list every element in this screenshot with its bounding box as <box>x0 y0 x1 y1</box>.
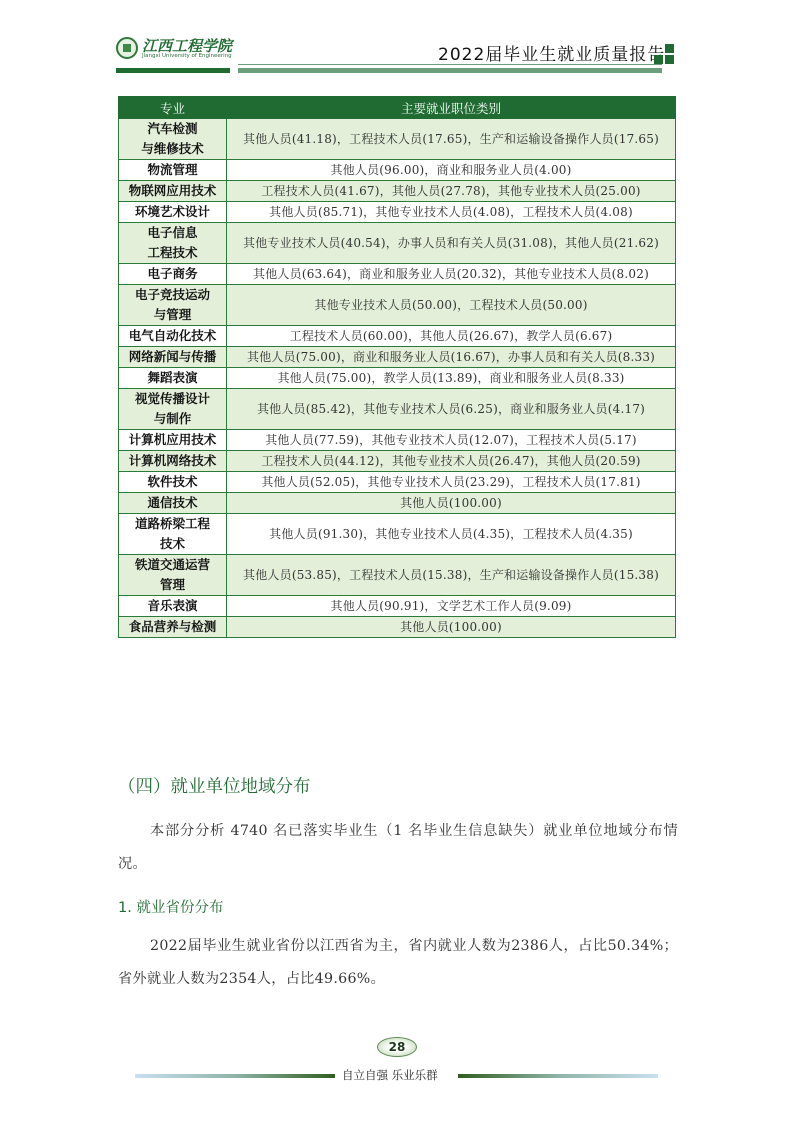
table-row: 计算机应用技术其他人员(77.59)，其他专业技术人员(12.07)，工程技术人… <box>119 430 676 451</box>
table-row: 舞蹈表演其他人员(75.00)，教学人员(13.89)，商业和服务业人员(8.3… <box>119 368 676 389</box>
positions-cell: 其他人员(41.18)，工程技术人员(17.65)，生产和运输设备操作人员(17… <box>227 119 676 160</box>
positions-cell: 其他专业技术人员(40.54)，办事人员和有关人员(31.08)，其他人员(21… <box>227 223 676 264</box>
university-emblem-icon <box>116 37 138 59</box>
positions-cell: 其他人员(85.71)，其他专业技术人员(4.08)，工程技术人员(4.08) <box>227 202 676 223</box>
header-bar-dark <box>116 68 230 73</box>
major-name-line: 电子信息 <box>121 223 224 243</box>
major-name-line: 电子商务 <box>121 264 224 284</box>
major-cell: 视觉传播设计与制作 <box>119 389 227 430</box>
major-name-line: 汽车检测 <box>121 119 224 139</box>
table-row: 电子商务其他人员(63.64)，商业和服务业人员(20.32)，其他专业技术人员… <box>119 264 676 285</box>
decor-square-icon <box>654 55 663 64</box>
header-bar-light <box>238 68 662 73</box>
major-cell: 计算机网络技术 <box>119 451 227 472</box>
major-cell: 电子商务 <box>119 264 227 285</box>
positions-cell: 其他人员(75.00)，商业和服务业人员(16.67)，办事人员和有关人员(8.… <box>227 347 676 368</box>
footer-bar-left <box>135 1074 335 1078</box>
table-row: 视觉传播设计与制作其他人员(85.42)，其他专业技术人员(6.25)，商业和服… <box>119 389 676 430</box>
major-name-line: 计算机应用技术 <box>121 430 224 450</box>
major-name-line: 电气自动化技术 <box>121 326 224 346</box>
table-row: 物联网应用技术工程技术人员(41.67)，其他人员(27.78)，其他专业技术人… <box>119 181 676 202</box>
major-cell: 计算机应用技术 <box>119 430 227 451</box>
header-divider <box>238 64 662 65</box>
major-cell: 通信技术 <box>119 493 227 514</box>
table-row: 物流管理其他人员(96.00)，商业和服务业人员(4.00) <box>119 160 676 181</box>
major-name-line: 网络新闻与传播 <box>121 347 224 367</box>
major-cell: 软件技术 <box>119 472 227 493</box>
positions-cell: 其他人员(52.05)，其他专业技术人员(23.29)，工程技术人员(17.81… <box>227 472 676 493</box>
decor-square-icon <box>665 44 674 53</box>
major-name-line: 视觉传播设计 <box>121 389 224 409</box>
major-cell: 物联网应用技术 <box>119 181 227 202</box>
positions-cell: 其他人员(90.91)，文学艺术工作人员(9.09) <box>227 596 676 617</box>
table-row: 音乐表演其他人员(90.91)，文学艺术工作人员(9.09) <box>119 596 676 617</box>
table-row: 汽车检测与维修技术其他人员(41.18)，工程技术人员(17.65)，生产和运输… <box>119 119 676 160</box>
body-paragraph: 2022届毕业生就业省份以江西省为主，省内就业人数为2386人，占比50.34%… <box>118 930 678 996</box>
footer-motto: 自立自强 乐业乐群 <box>342 1067 438 1083</box>
major-name-line: 软件技术 <box>121 472 224 492</box>
intro-paragraph: 本部分分析 4740 名已落实毕业生（1 名毕业生信息缺失）就业单位地域分布情况… <box>118 815 678 881</box>
positions-cell: 其他专业技术人员(50.00)，工程技术人员(50.00) <box>227 285 676 326</box>
major-cell: 网络新闻与传播 <box>119 347 227 368</box>
page-header: 江西工程学院 Jiangxi University of Engineering… <box>0 0 793 80</box>
table-row: 通信技术其他人员(100.00) <box>119 493 676 514</box>
major-name-line: 音乐表演 <box>121 596 224 616</box>
table-row: 电子信息工程技术其他专业技术人员(40.54)，办事人员和有关人员(31.08)… <box>119 223 676 264</box>
positions-cell: 其他人员(75.00)，教学人员(13.89)，商业和服务业人员(8.33) <box>227 368 676 389</box>
column-header-positions: 主要就业职位类别 <box>227 97 676 119</box>
major-name-line: 通信技术 <box>121 493 224 513</box>
positions-cell: 其他人员(91.30)，其他专业技术人员(4.35)，工程技术人员(4.35) <box>227 514 676 555</box>
positions-cell: 工程技术人员(60.00)，其他人员(26.67)，教学人员(6.67) <box>227 326 676 347</box>
positions-cell: 其他人员(53.85)，工程技术人员(15.38)，生产和运输设备操作人员(15… <box>227 555 676 596</box>
positions-cell: 其他人员(100.00) <box>227 493 676 514</box>
logo-english-name: Jiangxi University of Engineering <box>142 53 232 59</box>
positions-cell: 其他人员(96.00)，商业和服务业人员(4.00) <box>227 160 676 181</box>
major-name-line: 舞蹈表演 <box>121 368 224 388</box>
major-name-line: 计算机网络技术 <box>121 451 224 471</box>
major-name-line: 与制作 <box>121 409 224 429</box>
table-row: 道路桥梁工程技术其他人员(91.30)，其他专业技术人员(4.35)，工程技术人… <box>119 514 676 555</box>
major-name-line: 环境艺术设计 <box>121 202 224 222</box>
major-cell: 舞蹈表演 <box>119 368 227 389</box>
table-row: 环境艺术设计其他人员(85.71)，其他专业技术人员(4.08)，工程技术人员(… <box>119 202 676 223</box>
major-cell: 环境艺术设计 <box>119 202 227 223</box>
table-row: 计算机网络技术工程技术人员(44.12)，其他专业技术人员(26.47)，其他人… <box>119 451 676 472</box>
major-cell: 电子信息工程技术 <box>119 223 227 264</box>
major-cell: 食品营养与检测 <box>119 617 227 638</box>
positions-cell: 其他人员(85.42)，其他专业技术人员(6.25)，商业和服务业人员(4.17… <box>227 389 676 430</box>
major-name-line: 与维修技术 <box>121 139 224 159</box>
table-row: 电气自动化技术工程技术人员(60.00)，其他人员(26.67)，教学人员(6.… <box>119 326 676 347</box>
sub-heading: 1. 就业省份分布 <box>118 896 223 917</box>
major-cell: 物流管理 <box>119 160 227 181</box>
table-row: 铁道交通运营管理其他人员(53.85)，工程技术人员(15.38)，生产和运输设… <box>119 555 676 596</box>
positions-cell: 工程技术人员(44.12)，其他专业技术人员(26.47)，其他人员(20.59… <box>227 451 676 472</box>
table-row: 食品营养与检测其他人员(100.00) <box>119 617 676 638</box>
table-row: 软件技术其他人员(52.05)，其他专业技术人员(23.29)，工程技术人员(1… <box>119 472 676 493</box>
major-cell: 铁道交通运营管理 <box>119 555 227 596</box>
table-header-row: 专业 主要就业职位类别 <box>119 97 676 119</box>
positions-cell: 其他人员(63.64)，商业和服务业人员(20.32)，其他专业技术人员(8.0… <box>227 264 676 285</box>
major-name-line: 电子竞技运动 <box>121 285 224 305</box>
footer-bar-right <box>458 1074 658 1078</box>
table-row: 电子竞技运动与管理其他专业技术人员(50.00)，工程技术人员(50.00) <box>119 285 676 326</box>
major-name-line: 管理 <box>121 575 224 595</box>
positions-cell: 其他人员(77.59)，其他专业技术人员(12.07)，工程技术人员(5.17) <box>227 430 676 451</box>
major-cell: 道路桥梁工程技术 <box>119 514 227 555</box>
page-number: 28 <box>377 1037 417 1057</box>
major-name-line: 道路桥梁工程 <box>121 514 224 534</box>
major-name-line: 与管理 <box>121 305 224 325</box>
major-cell: 电子竞技运动与管理 <box>119 285 227 326</box>
major-name-line: 物流管理 <box>121 160 224 180</box>
decor-square-icon <box>665 55 674 64</box>
major-name-line: 食品营养与检测 <box>121 617 224 637</box>
major-cell: 音乐表演 <box>119 596 227 617</box>
column-header-major: 专业 <box>119 97 227 119</box>
section-heading: （四）就业单位地域分布 <box>118 773 311 798</box>
major-job-category-table: 专业 主要就业职位类别 汽车检测与维修技术其他人员(41.18)，工程技术人员(… <box>118 96 676 638</box>
major-name-line: 工程技术 <box>121 243 224 263</box>
positions-cell: 工程技术人员(41.67)，其他人员(27.78)，其他专业技术人员(25.00… <box>227 181 676 202</box>
report-title: 2022届毕业生就业质量报告 <box>438 40 665 65</box>
major-name-line: 物联网应用技术 <box>121 181 224 201</box>
table-row: 网络新闻与传播其他人员(75.00)，商业和服务业人员(16.67)，办事人员和… <box>119 347 676 368</box>
major-name-line: 技术 <box>121 534 224 554</box>
positions-cell: 其他人员(100.00) <box>227 617 676 638</box>
major-name-line: 铁道交通运营 <box>121 555 224 575</box>
university-logo: 江西工程学院 Jiangxi University of Engineering <box>116 37 246 65</box>
major-cell: 汽车检测与维修技术 <box>119 119 227 160</box>
major-cell: 电气自动化技术 <box>119 326 227 347</box>
